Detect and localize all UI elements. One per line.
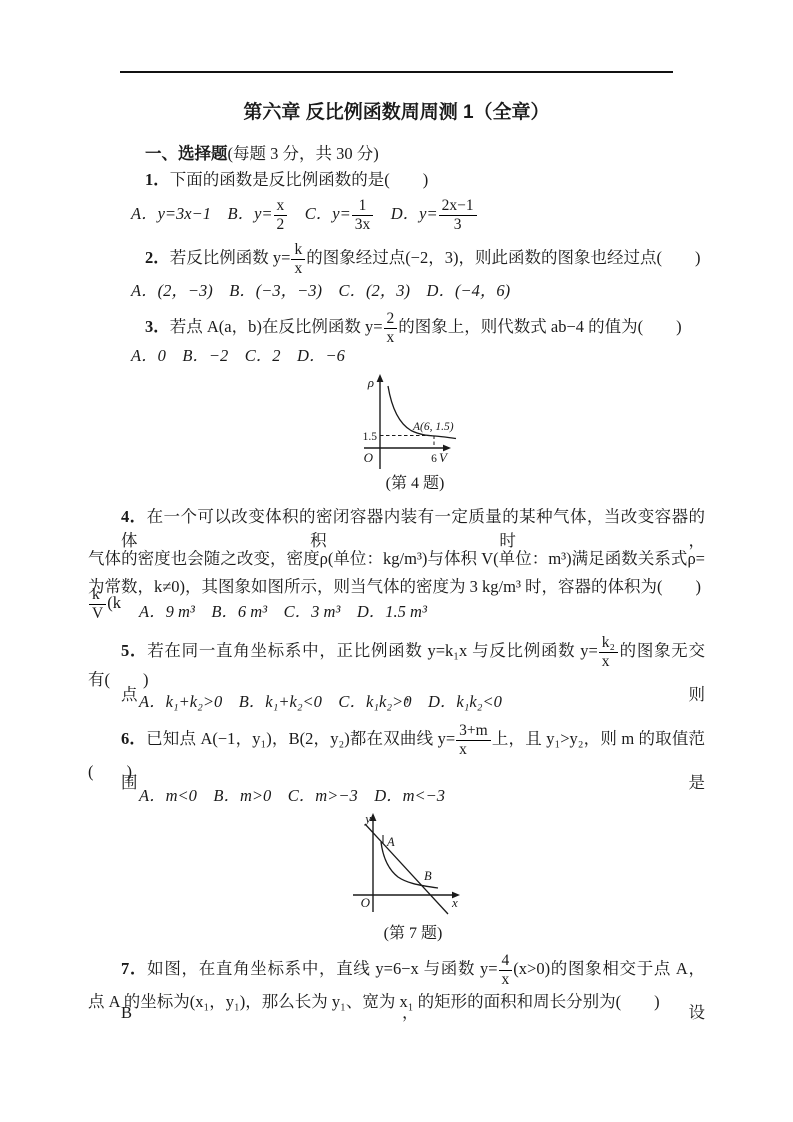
fraction-q1c: 13x [352, 197, 374, 233]
figure-q7-caption: (第 7 题) [338, 924, 488, 944]
point-a-label: A [386, 835, 395, 849]
x-axis-label: x [451, 895, 458, 910]
fraction-q3: 2x [384, 310, 398, 346]
question-3-number: 3． [145, 317, 170, 336]
figure-q4-graph: ρ V O 1.5 6 A(6, 1.5) [340, 372, 470, 472]
y-axis-label: y [363, 811, 371, 826]
v-axis-label: V [439, 450, 449, 465]
question-6-line2: ( ) [88, 760, 132, 784]
question-3-pre: 若点 A(a，b)在反比例函数 y= [170, 317, 383, 336]
question-3-stem: 3．若点 A(a，b)在反比例函数 y=2x的图象上，则代数式 ab−4 的值为… [145, 305, 682, 349]
fraction-q7: 4x [499, 952, 513, 988]
q1-option-b-pre: B．y= [228, 204, 273, 223]
y-axis-arrow [377, 374, 384, 382]
question-5-pre: 若在同一直角坐标系中，正比例函数 y=k₁x 与反比例函数 y= [147, 641, 598, 660]
question-2-number: 2． [145, 248, 170, 267]
question-7-line2: 点 A 的坐标为(x₁，y₁)，那么长为 y₁、宽为 x₁ 的矩形的面积和周长分… [88, 990, 660, 1014]
fraction-q2: kx [291, 241, 305, 277]
question-7-pre: 如图，在直角坐标系中，直线 y=6−x 与函数 y= [147, 959, 497, 978]
figure-q4-caption: (第 4 题) [340, 474, 490, 494]
origin-label: O [364, 450, 374, 465]
question-4-line3: 为常数，k≠0)，其图象如图所示，则当气体的密度为 3 kg/m³ 时，容器的体… [88, 575, 701, 599]
y-tick-1-5: 1.5 [363, 431, 378, 443]
question-5-options: A．k₁+k₂>0 B．k₁+k₂<0 C．k₁k₂>0 D．k₁k₂<0 [139, 690, 502, 714]
fraction-q1d: 2x−13 [439, 197, 477, 233]
question-4-options: A．9 m³ B．6 m³ C．3 m³ D．1.5 m³ [139, 600, 427, 624]
question-3-post: 的图象上，则代数式 ab−4 的值为( ) [398, 317, 681, 336]
q1-option-a: A．y=3x−1 [131, 204, 228, 223]
question-6-options: A．m<0 B．m>0 C．m>−3 D．m<−3 [139, 784, 445, 808]
question-2-post: 的图象经过点(−2，3)，则此函数的图象也经过点( ) [306, 248, 700, 267]
x-tick-6: 6 [431, 453, 437, 465]
header-rule [120, 71, 673, 73]
point-b-label: B [424, 869, 432, 883]
figure-q4: ρ V O 1.5 6 A(6, 1.5) [340, 372, 470, 477]
page-title: 第六章 反比例函数周周测 1（全章） [0, 98, 793, 128]
fraction-q1b: x2 [274, 197, 288, 233]
question-2-pre: 若反比例函数 y= [170, 248, 291, 267]
section-heading: 一、选择题(每题 3 分，共 30 分) [145, 142, 379, 166]
question-2-stem: 2．若反比例函数 y=kx的图象经过点(−2，3)，则此函数的图象也经过点( ) [145, 236, 700, 280]
question-2-options: A．(2，−3) B．(−3，−3) C．(2，3) D．(−4，6) [131, 279, 510, 303]
question-6-number: 6． [121, 729, 146, 748]
question-4-number: 4． [121, 507, 147, 526]
question-5-line2: 有( ) [88, 668, 149, 692]
question-5-number: 5． [121, 641, 147, 660]
question-1-number: 1． [145, 170, 170, 189]
figure-q7: y x O A B [340, 810, 470, 923]
straight-line [365, 824, 448, 914]
point-a-label: A(6, 1.5) [412, 421, 454, 433]
question-1-options: A．y=3x−1 B．y=x2 C．y=13x D．y=2x−13 [131, 192, 478, 236]
figure-q7-graph: y x O A B [340, 810, 470, 918]
fraction-q6: 3+mx [456, 722, 491, 758]
question-6-pre: 已知点 A(−1，y₁)，B(2，y₂)都在双曲线 y= [146, 729, 455, 748]
question-1-stem: 1．下面的函数是反比例函数的是( ) [145, 168, 428, 192]
worksheet-page: 第六章 反比例函数周周测 1（全章） 一、选择题(每题 3 分，共 30 分) … [0, 0, 793, 1122]
question-4-text2: 气体的密度也会随之改变，密度ρ(单位：kg/m³)与体积 V(单位：m³)满足函… [88, 549, 705, 568]
fraction-q5: k₂x [599, 634, 618, 670]
question-1-text: 下面的函数是反比例函数的是( ) [170, 170, 429, 189]
q1-option-c-pre: C．y= [288, 204, 350, 223]
rho-axis-label: ρ [367, 375, 374, 390]
question-7-number: 7． [121, 959, 147, 978]
origin-label: O [361, 895, 371, 910]
section-heading-rest: (每题 3 分，共 30 分) [228, 144, 379, 163]
q1-option-d-pre: D．y= [374, 204, 437, 223]
question-3-options: A．0 B．−2 C．2 D．−6 [131, 344, 345, 368]
section-heading-bold: 一、选择题 [145, 145, 228, 163]
